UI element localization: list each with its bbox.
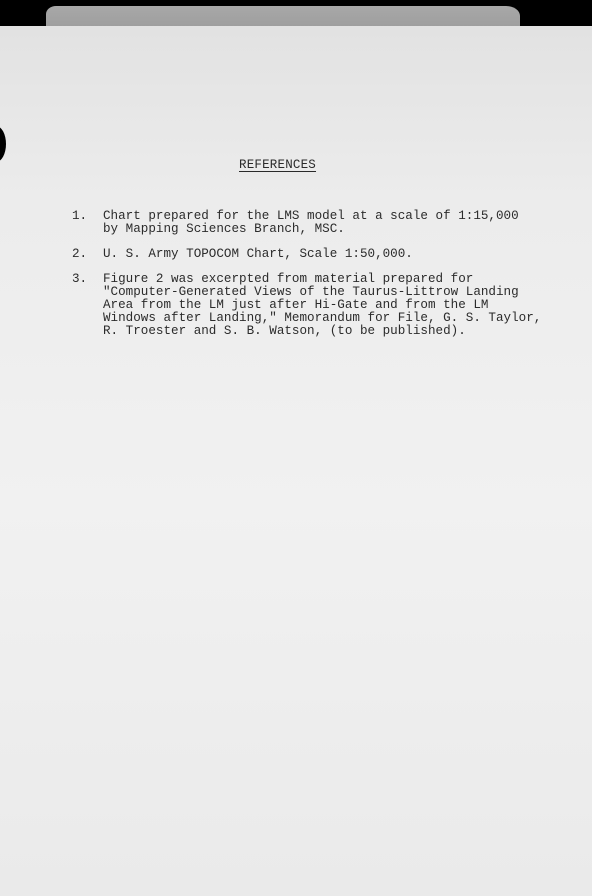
reference-item: 3. Figure 2 was excerpted from material …: [72, 273, 541, 338]
reference-item: 1. Chart prepared for the LMS model at a…: [72, 210, 541, 236]
document-page: [0, 26, 592, 896]
reference-number: 1.: [72, 210, 103, 236]
reference-text: Figure 2 was excerpted from material pre…: [103, 273, 541, 338]
reference-text: U. S. Army TOPOCOM Chart, Scale 1:50,000…: [103, 248, 413, 261]
reference-number: 2.: [72, 248, 103, 261]
reference-item: 2. U. S. Army TOPOCOM Chart, Scale 1:50,…: [72, 248, 541, 261]
reference-number: 3.: [72, 273, 103, 338]
reference-list: 1. Chart prepared for the LMS model at a…: [72, 210, 541, 350]
punch-hole: [0, 126, 6, 162]
reference-text: Chart prepared for the LMS model at a sc…: [103, 210, 519, 236]
page-title: REFERENCES: [239, 158, 316, 172]
